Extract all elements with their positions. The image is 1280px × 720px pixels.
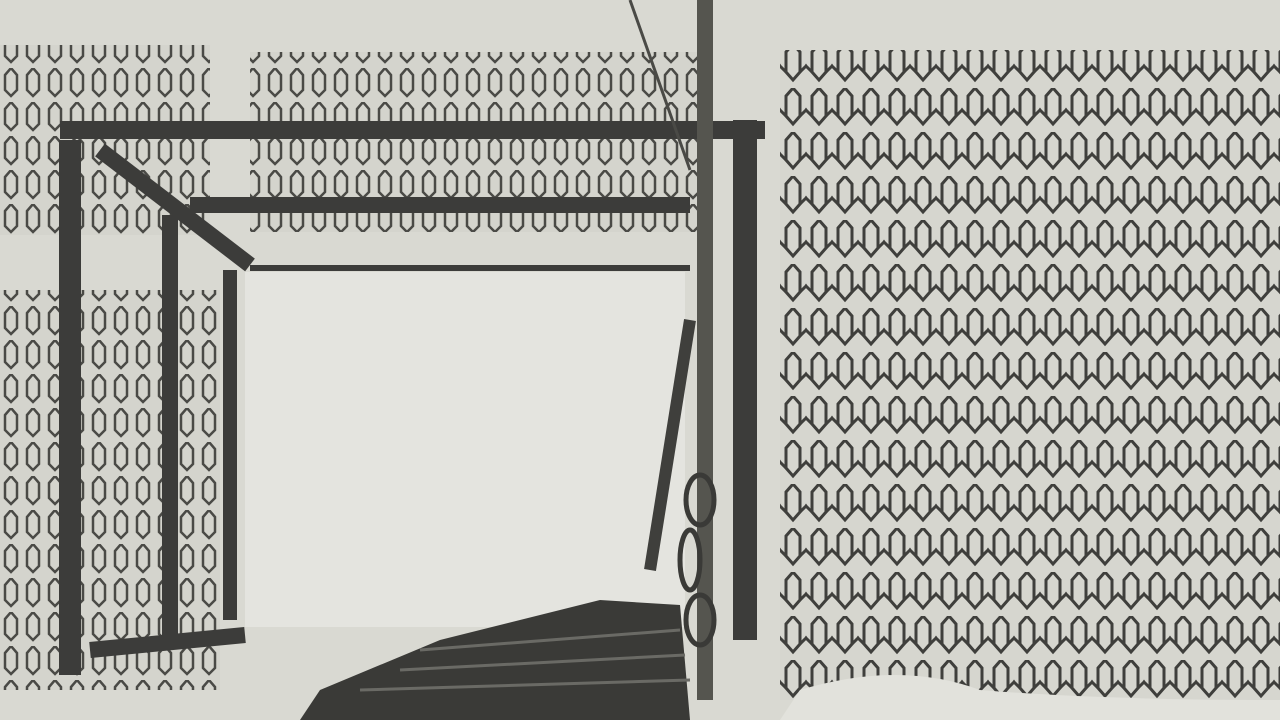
snowy-ladder-cage-photo	[0, 0, 1280, 720]
mesh-panel-right	[780, 50, 1280, 700]
mesh-panel-left	[0, 290, 220, 690]
hatch-opening	[245, 272, 685, 627]
